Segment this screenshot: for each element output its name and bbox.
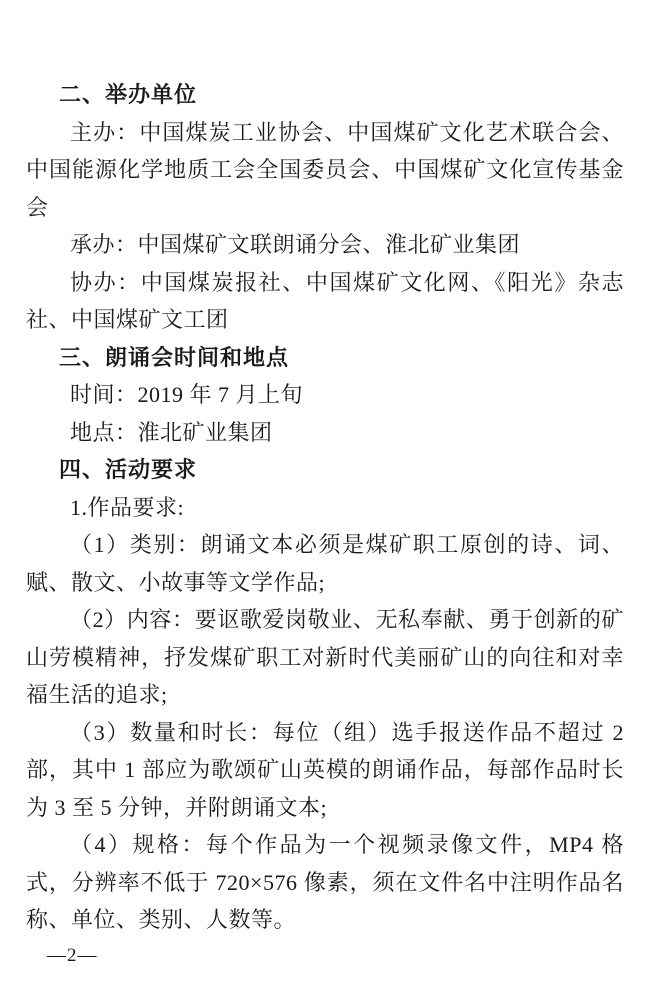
body-paragraph: （4）规格：每个作品为一个视频录像文件，MP4 格式，分辨率不低于 720×57… xyxy=(26,826,624,939)
section-heading: 四、活动要求 xyxy=(26,451,624,489)
body-paragraph: 时间：2019 年 7 月上旬 xyxy=(26,376,624,414)
document-body: 二、举办单位主办：中国煤炭工业协会、中国煤矿文化艺术联合会、中国能源化学地质工会… xyxy=(26,76,624,939)
body-paragraph: （1）类别：朗诵文本必须是煤矿职工原创的诗、词、赋、散文、小故事等文学作品; xyxy=(26,526,624,601)
section-heading: 三、朗诵会时间和地点 xyxy=(26,339,624,377)
body-paragraph: 1.作品要求: xyxy=(26,489,624,527)
document-page: 二、举办单位主办：中国煤炭工业协会、中国煤矿文化艺术联合会、中国能源化学地质工会… xyxy=(0,0,650,994)
page-number: —2— xyxy=(47,944,98,968)
body-paragraph: 协办：中国煤炭报社、中国煤矿文化网、《阳光》杂志社、中国煤矿文工团 xyxy=(26,264,624,339)
body-paragraph: 主办：中国煤炭工业协会、中国煤矿文化艺术联合会、中国能源化学地质工会全国委员会、… xyxy=(26,114,624,227)
body-paragraph: 承办：中国煤矿文联朗诵分会、淮北矿业集团 xyxy=(26,226,624,264)
body-paragraph: （2）内容：要讴歌爱岗敬业、无私奉献、勇于创新的矿山劳模精神，抒发煤矿职工对新时… xyxy=(26,601,624,714)
body-paragraph: （3）数量和时长：每位（组）选手报送作品不超过 2 部，其中 1 部应为歌颂矿山… xyxy=(26,714,624,827)
body-paragraph: 地点：淮北矿业集团 xyxy=(26,414,624,452)
section-heading: 二、举办单位 xyxy=(26,76,624,114)
